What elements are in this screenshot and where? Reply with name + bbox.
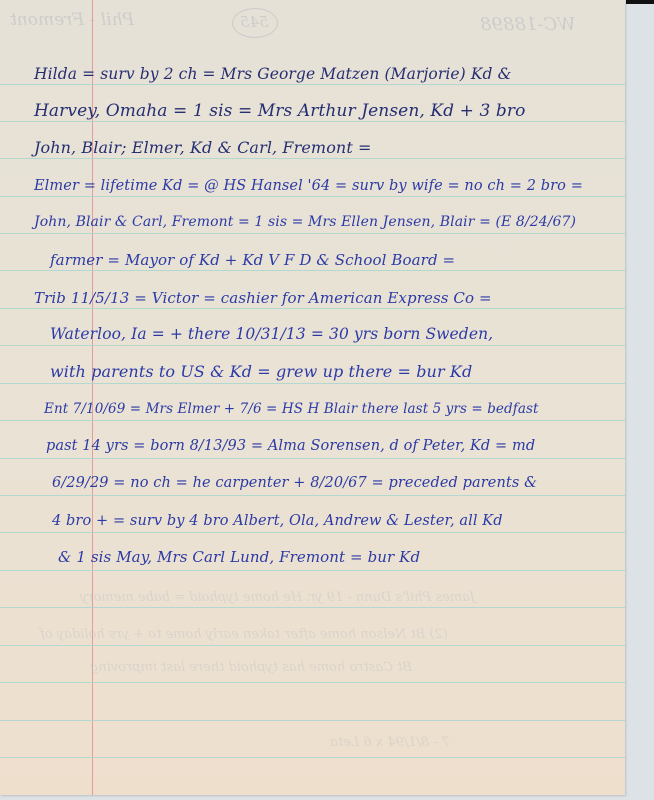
ruled-line xyxy=(0,720,625,721)
ruled-line xyxy=(0,607,625,608)
handwritten-line: 6/29/29 = no ch = he carpenter + 8/20/67… xyxy=(52,473,537,493)
scanned-page: Phil - Fremont 545 WC-18898 James Phil's… xyxy=(0,0,654,800)
ruled-line xyxy=(0,645,625,646)
handwritten-line: with parents to US & Kd = grew up there … xyxy=(50,362,472,382)
ruled-line xyxy=(0,233,625,234)
handwritten-line: Harvey, Omaha = 1 sis = Mrs Arthur Jense… xyxy=(34,101,525,121)
ruled-line xyxy=(0,495,625,496)
bleed-through-line: James Phil's Dunn - 19 yr. He home typho… xyxy=(80,590,475,605)
ruled-line xyxy=(0,270,625,271)
handwritten-line: John, Blair; Elmer, Kd & Carl, Fremont = xyxy=(34,138,372,158)
handwritten-line: Hilda = surv by 2 ch = Mrs George Matzen… xyxy=(34,64,511,84)
ruled-line xyxy=(0,682,625,683)
notebook-paper: Phil - Fremont 545 WC-18898 James Phil's… xyxy=(0,0,625,795)
bleed-through-line: Bt Castro home has typhoid there last im… xyxy=(90,660,412,675)
handwritten-line: Trib 11/5/13 = Victor = cashier for Amer… xyxy=(34,288,492,308)
ruled-line xyxy=(0,757,625,758)
handwritten-line: Waterloo, Ia = + there 10/31/13 = 30 yrs… xyxy=(50,324,493,344)
ruled-line xyxy=(0,196,625,197)
ruled-line xyxy=(0,532,625,533)
bleed-through-line: 7 - 8/1/94 x 6 Leta xyxy=(330,735,450,750)
handwritten-line: & 1 sis May, Mrs Carl Lund, Fremont = bu… xyxy=(58,547,420,567)
bleed-through-number: 545 xyxy=(240,13,269,31)
handwritten-line: John, Blair & Carl, Fremont = 1 sis = Mr… xyxy=(34,212,576,232)
handwritten-line: 4 bro + = surv by 4 bro Albert, Ola, And… xyxy=(52,511,503,531)
handwritten-line: Elmer = lifetime Kd = @ HS Hansel '64 = … xyxy=(34,176,583,196)
handwritten-line: Ent 7/10/69 = Mrs Elmer + 7/6 = HS H Bla… xyxy=(44,399,539,419)
ruled-line xyxy=(0,308,625,309)
bleed-through-id: WC-18898 xyxy=(480,14,576,35)
ruled-line xyxy=(0,383,625,384)
ruled-line xyxy=(0,420,625,421)
ruled-line xyxy=(0,345,625,346)
scanner-edge xyxy=(626,0,654,4)
bleed-through-text: Phil - Fremont xyxy=(10,10,134,30)
ruled-line xyxy=(0,458,625,459)
ruled-line xyxy=(0,84,625,85)
ruled-line xyxy=(0,570,625,571)
handwritten-line: farmer = Mayor of Kd + Kd V F D & School… xyxy=(50,250,455,270)
ruled-line xyxy=(0,121,625,122)
ruled-line xyxy=(0,158,625,159)
bleed-through-line: (2) Bt Nelson home after taken early hom… xyxy=(40,627,448,642)
handwritten-line: past 14 yrs = born 8/13/93 = Alma Sorens… xyxy=(46,436,535,456)
